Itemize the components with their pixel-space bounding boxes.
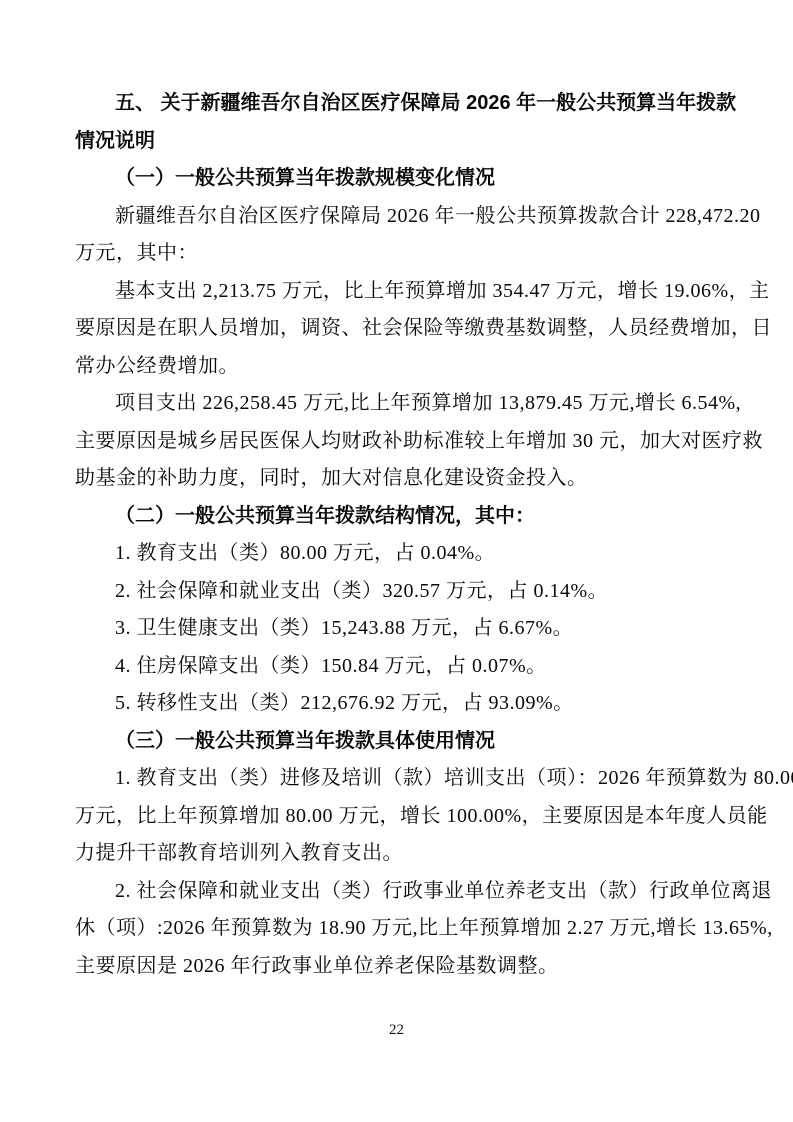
main-heading-line-2: 情况说明 [75,123,719,161]
para-project-expense-line-3: 助基金的补助力度，同时，加大对信息化建设资金投入。 [75,460,719,498]
para-pension-detail-line-3: 主要原因是 2026 年行政事业单位养老保险基数调整。 [75,948,719,986]
para-project-expense-line-1: 项目支出 226,258.45 万元,比上年预算增加 13,879.45 万元,… [75,385,719,423]
para-basic-expense-line-1: 基本支出 2,213.75 万元，比上年预算增加 354.47 万元，增长 19… [75,273,719,311]
document-body: 五、 关于新疆维吾尔自治区医疗保障局 2026 年一般公共预算当年拨款 情况说明… [75,85,719,985]
list-item-education: 1. 教育支出（类）80.00 万元，占 0.04%。 [75,535,719,573]
section-3-heading: （三）一般公共预算当年拨款具体使用情况 [75,723,719,761]
para-total-line-2: 万元，其中： [75,235,719,273]
list-item-social-security: 2. 社会保障和就业支出（类）320.57 万元，占 0.14%。 [75,573,719,611]
section-1-heading: （一）一般公共预算当年拨款规模变化情况 [75,160,719,198]
para-project-expense-line-2: 主要原因是城乡居民医保人均财政补助标准较上年增加 30 元，加大对医疗救 [75,423,719,461]
para-pension-detail-line-2: 休（项）:2026 年预算数为 18.90 万元,比上年预算增加 2.27 万元… [75,910,719,948]
para-pension-detail-line-1: 2. 社会保障和就业支出（类）行政事业单位养老支出（款）行政单位离退 [75,873,719,911]
para-basic-expense-line-2: 要原因是在职人员增加，调资、社会保险等缴费基数调整，人员经费增加，日 [75,310,719,348]
para-education-detail-line-1: 1. 教育支出（类）进修及培训（款）培训支出（项）：2026 年预算数为 80.… [75,760,719,798]
para-total-line-1: 新疆维吾尔自治区医疗保障局 2026 年一般公共预算拨款合计 228,472.2… [75,198,719,236]
section-2-heading: （二）一般公共预算当年拨款结构情况，其中： [75,498,719,536]
list-item-housing: 4. 住房保障支出（类）150.84 万元，占 0.07%。 [75,648,719,686]
page-number: 22 [0,1018,793,1042]
para-education-detail-line-3: 力提升干部教育培训列入教育支出。 [75,835,719,873]
list-item-health: 3. 卫生健康支出（类）15,243.88 万元，占 6.67%。 [75,610,719,648]
list-item-transfer: 5. 转移性支出（类）212,676.92 万元，占 93.09%。 [75,685,719,723]
para-education-detail-line-2: 万元，比上年预算增加 80.00 万元，增长 100.00%，主要原因是本年度人… [75,798,719,836]
para-basic-expense-line-3: 常办公经费增加。 [75,348,719,386]
main-heading-line-1: 五、 关于新疆维吾尔自治区医疗保障局 2026 年一般公共预算当年拨款 [75,85,719,123]
document-page: 五、 关于新疆维吾尔自治区医疗保障局 2026 年一般公共预算当年拨款 情况说明… [0,0,793,1122]
